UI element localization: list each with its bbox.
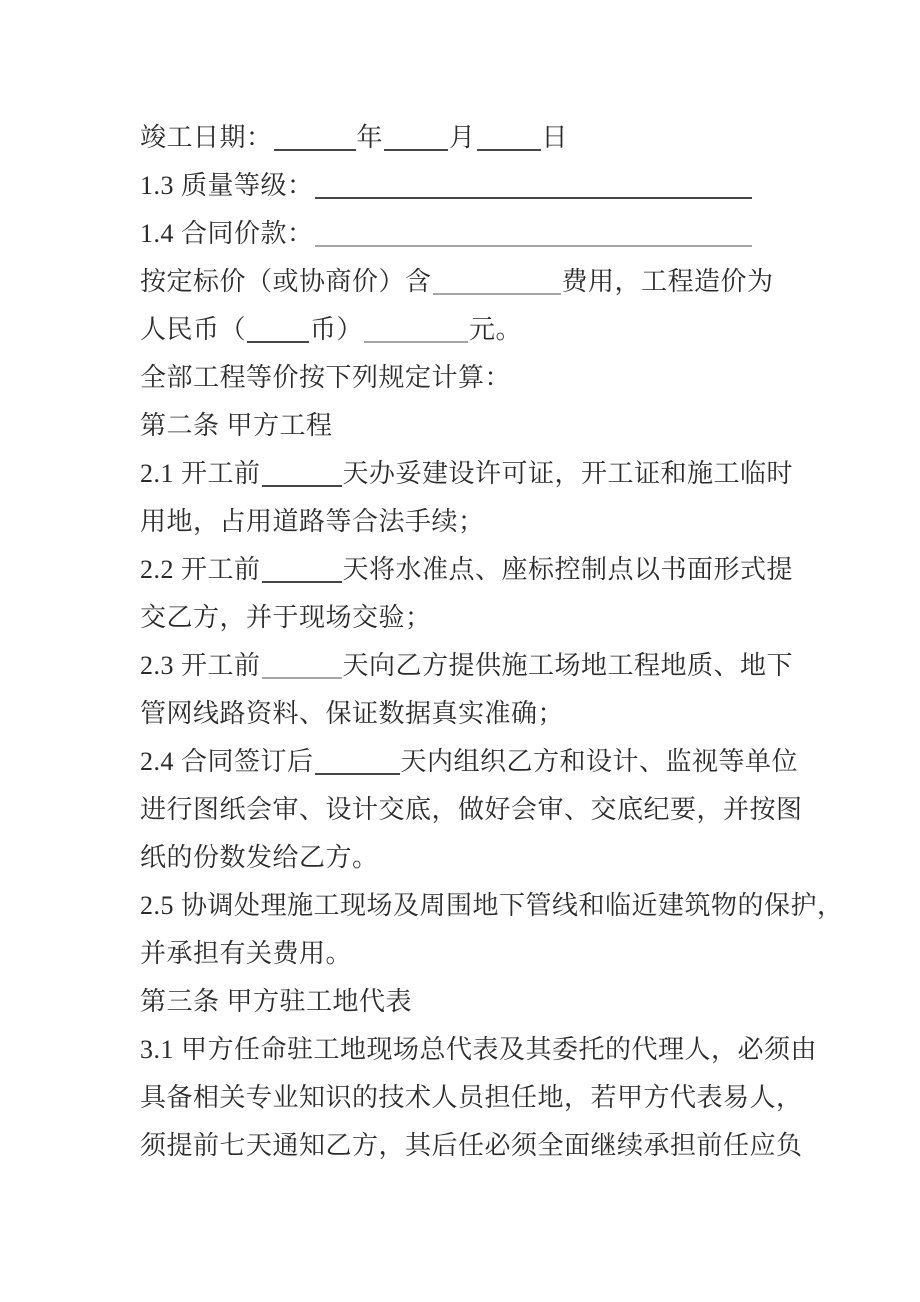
text-segment: 交乙方，并于现场交验； (140, 603, 432, 632)
document-page: 竣工日期：年月日1.3 质量等级：1.4 合同价款：按定标价（或协商价）含费用，… (0, 0, 920, 1302)
text-line: 须提前七天通知乙方，其后任必须全面继续承担前任应负 (140, 1122, 802, 1170)
text-line: 并承担有关费用。 (140, 930, 802, 978)
text-line: 交乙方，并于现场交验； (140, 594, 802, 642)
text-segment: 天将水准点、座标控制点以书面形式提 (343, 555, 794, 584)
fill-in-blank (247, 315, 309, 343)
fill-in-blank (315, 171, 752, 199)
text-segment: 2.1 开工前 (140, 459, 261, 488)
text-segment: 第二条 甲方工程 (140, 411, 333, 440)
text-segment: 进行图纸会审、设计交底，做好会审、交底纪要，并按图 (140, 795, 803, 824)
text-segment: 天向乙方提供施工场地工程地质、地下 (343, 651, 794, 680)
fill-in-blank (262, 459, 342, 487)
text-segment: 月 (449, 123, 476, 152)
text-line: 按定标价（或协商价）含费用，工程造价为 (140, 258, 802, 306)
fill-in-blank (433, 267, 561, 295)
text-segment: 币） (310, 315, 363, 344)
fill-in-blank (315, 747, 400, 775)
text-segment: 竣工日期： (140, 123, 273, 152)
text-line: 竣工日期：年月日 (140, 114, 802, 162)
text-segment: 2.3 开工前 (140, 651, 261, 680)
text-line: 用地，占用道路等合法手续； (140, 498, 802, 546)
text-line: 2.2 开工前天将水准点、座标控制点以书面形式提 (140, 546, 802, 594)
text-segment: 须提前七天通知乙方，其后任必须全面继续承担前任应负 (140, 1131, 803, 1160)
text-segment: 全部工程等价按下列规定计算： (140, 363, 511, 392)
text-segment: 日 (542, 123, 569, 152)
text-segment: 按定标价（或协商价）含 (140, 267, 432, 296)
text-line: 2.5 协调处理施工现场及周围地下管线和临近建筑物的保护， (140, 882, 802, 930)
fill-in-blank (477, 123, 541, 151)
text-line: 第三条 甲方驻工地代表 (140, 978, 802, 1026)
text-segment: 第三条 甲方驻工地代表 (140, 987, 412, 1016)
text-line: 2.1 开工前天办妥建设许可证，开工证和施工临时 (140, 450, 802, 498)
text-segment: 费用，工程造价为 (562, 267, 774, 296)
fill-in-blank (262, 555, 342, 583)
text-segment: 1.4 合同价款： (140, 219, 314, 248)
text-segment: 并承担有关费用。 (140, 939, 352, 968)
text-segment: 年 (357, 123, 384, 152)
fill-in-blank (262, 651, 342, 679)
text-line: 纸的份数发给乙方。 (140, 834, 802, 882)
text-segment: 管网线路资料、保证数据真实准确； (140, 699, 564, 728)
text-line: 1.4 合同价款： (140, 210, 802, 258)
text-segment: 具备相关专业知识的技术人员担任地，若甲方代表易人， (140, 1083, 803, 1112)
text-line: 2.3 开工前天向乙方提供施工场地工程地质、地下 (140, 642, 802, 690)
fill-in-blank (274, 123, 356, 151)
text-segment: 纸的份数发给乙方。 (140, 843, 379, 872)
text-segment: 2.2 开工前 (140, 555, 261, 584)
text-line: 2.4 合同签订后天内组织乙方和设计、监视等单位 (140, 738, 802, 786)
fill-in-blank (364, 315, 468, 343)
text-line: 进行图纸会审、设计交底，做好会审、交底纪要，并按图 (140, 786, 802, 834)
text-segment: 人民币（ (140, 315, 246, 344)
text-line: 1.3 质量等级： (140, 162, 802, 210)
text-segment: 2.4 合同签订后 (140, 747, 314, 776)
text-segment: 2.5 协调处理施工现场及周围地下管线和临近建筑物的保护， (140, 891, 844, 920)
fill-in-blank (315, 219, 752, 247)
text-line: 第二条 甲方工程 (140, 402, 802, 450)
fill-in-blank (384, 123, 448, 151)
text-line: 具备相关专业知识的技术人员担任地，若甲方代表易人， (140, 1074, 802, 1122)
text-line: 3.1 甲方任命驻工地现场总代表及其委托的代理人，必须由 (140, 1026, 802, 1074)
text-segment: 用地，占用道路等合法手续； (140, 507, 485, 536)
text-segment: 3.1 甲方任命驻工地现场总代表及其委托的代理人，必须由 (140, 1035, 817, 1064)
text-line: 人民币（币）元。 (140, 306, 802, 354)
text-line: 全部工程等价按下列规定计算： (140, 354, 802, 402)
text-segment: 天办妥建设许可证，开工证和施工临时 (343, 459, 794, 488)
text-segment: 1.3 质量等级： (140, 171, 314, 200)
text-line: 管网线路资料、保证数据真实准确； (140, 690, 802, 738)
text-segment: 元。 (469, 315, 522, 344)
text-segment: 天内组织乙方和设计、监视等单位 (401, 747, 799, 776)
